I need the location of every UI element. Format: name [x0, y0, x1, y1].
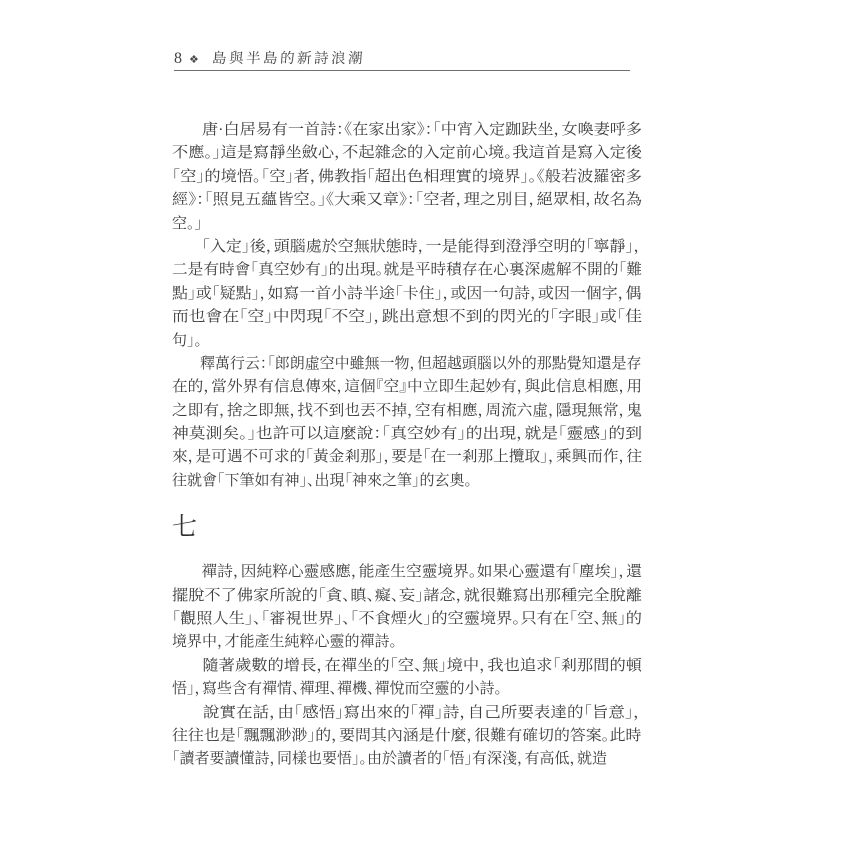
text-line: 點」或「疑點」，如寫一首小詩半途「卡住」，或因一句詩，或因一個字，偶	[172, 283, 642, 306]
text-line: 空。」	[172, 213, 642, 236]
book-page: 8 ❖ 島與半島的新詩浪潮 唐·白居易有一首詩：《在家出家》：「中宵入定跏趺坐，…	[0, 0, 850, 850]
text-line: 句」。	[172, 330, 642, 353]
text-line: 境界中，才能產生純粹心靈的禪詩。	[172, 631, 642, 654]
text-line: 神莫測矣。」也許可以這麼說：「真空妙有」的出現，就是「靈感」的到	[172, 423, 642, 446]
diamond-ornament-icon: ❖	[189, 53, 199, 67]
text-line: 經》：「照見五蘊皆空。」《大乘又章》：「空者，理之別目，絕眾相，故名為	[172, 189, 642, 212]
text-line: 說實在話，由「感悟」寫出來的「禪」詩，自己所要表達的「旨意」，	[172, 702, 642, 725]
text-line: 「觀照人生」、「審視世界」、「不食煙火」的空靈境界。只有在「空、無」的	[172, 608, 642, 631]
text-line: 往往也是「飄飄渺渺」的，要問其內涵是什麼，很難有確切的答案。此時	[172, 725, 642, 748]
text-line: 來，是可遇不可求的「黃金剎那」，要是「在一剎那上攬取」，乘興而作，往	[172, 446, 642, 469]
body-text: 唐·白居易有一首詩：《在家出家》：「中宵入定跏趺坐，女喚妻呼多不應。」這是寫靜坐…	[172, 119, 642, 772]
text-line: 隨著歲數的增長，在禪坐的「空、無」境中，我也追求「剎那間的頓	[172, 655, 642, 678]
text-line: 之即有，捨之即無，找不到也丟不掉，空有相應，周流六虛，隱現無常，鬼	[172, 400, 642, 423]
text-line: 二是有時會「真空妙有」的出現。就是平時積存在心裏深處解不開的「難	[172, 259, 642, 282]
running-header: 8 ❖ 島與半島的新詩浪潮	[174, 48, 630, 71]
paragraph: 唐·白居易有一首詩：《在家出家》：「中宵入定跏趺坐，女喚妻呼多不應。」這是寫靜坐…	[172, 119, 642, 236]
paragraph: 禪詩，因純粹心靈感應，能產生空靈境界。如果心靈還有「塵埃」，還擺脫不了佛家所說的…	[172, 561, 642, 655]
text-line: 在的，當外界有信息傳來，這個『空』中立即生起妙有，與此信息相應，用	[172, 376, 642, 399]
text-line: 而也會在「空」中閃現「不空」，跳出意想不到的閃光的「字眼」或「佳	[172, 306, 642, 329]
text-line: 「讀者要讀懂詩，同樣也要悟」。由於讀者的「悟」有深淺，有高低，就造	[172, 748, 642, 771]
text-line: 擺脫不了佛家所說的「貪、瞋、癡、妄」諸念，就很難寫出那種完全脫離	[172, 585, 642, 608]
text-line: 不應。」這是寫靜坐斂心，不起雜念的入定前心境。我這首是寫入定後	[172, 142, 642, 165]
text-line: 「入定」後，頭腦處於空無狀態時，一是能得到澄淨空明的「寧靜」，	[172, 236, 642, 259]
text-line: 釋萬行云：「郎朗虛空中雖無一物，但超越頭腦以外的那點覺知還是存	[172, 353, 642, 376]
book-title: 島與半島的新詩浪潮	[211, 51, 365, 67]
paragraph: 釋萬行云：「郎朗虛空中雖無一物，但超越頭腦以外的那點覺知還是存在的，當外界有信息…	[172, 353, 642, 493]
text-line: 禪詩，因純粹心靈感應，能產生空靈境界。如果心靈還有「塵埃」，還	[172, 561, 642, 584]
text-line: 唐·白居易有一首詩：《在家出家》：「中宵入定跏趺坐，女喚妻呼多	[172, 119, 642, 142]
paragraph: 隨著歲數的增長，在禪坐的「空、無」境中，我也追求「剎那間的頓悟」，寫些含有禪情、…	[172, 655, 642, 702]
section-heading: 七	[172, 507, 642, 547]
text-line: 「空」的境悟。「空」者，佛教指「超出色相理實的境界」。《般若波羅密多	[172, 166, 642, 189]
text-line: 往就會「下筆如有神」、出現「神來之筆」的玄奧。	[172, 470, 642, 493]
page-number: 8	[174, 51, 182, 67]
paragraph: 說實在話，由「感悟」寫出來的「禪」詩，自己所要表達的「旨意」，往往也是「飄飄渺渺…	[172, 702, 642, 772]
paragraph: 「入定」後，頭腦處於空無狀態時，一是能得到澄淨空明的「寧靜」，二是有時會「真空妙…	[172, 236, 642, 353]
text-line: 悟」，寫些含有禪情、禪理、禪機、禪悅而空靈的小詩。	[172, 678, 642, 701]
